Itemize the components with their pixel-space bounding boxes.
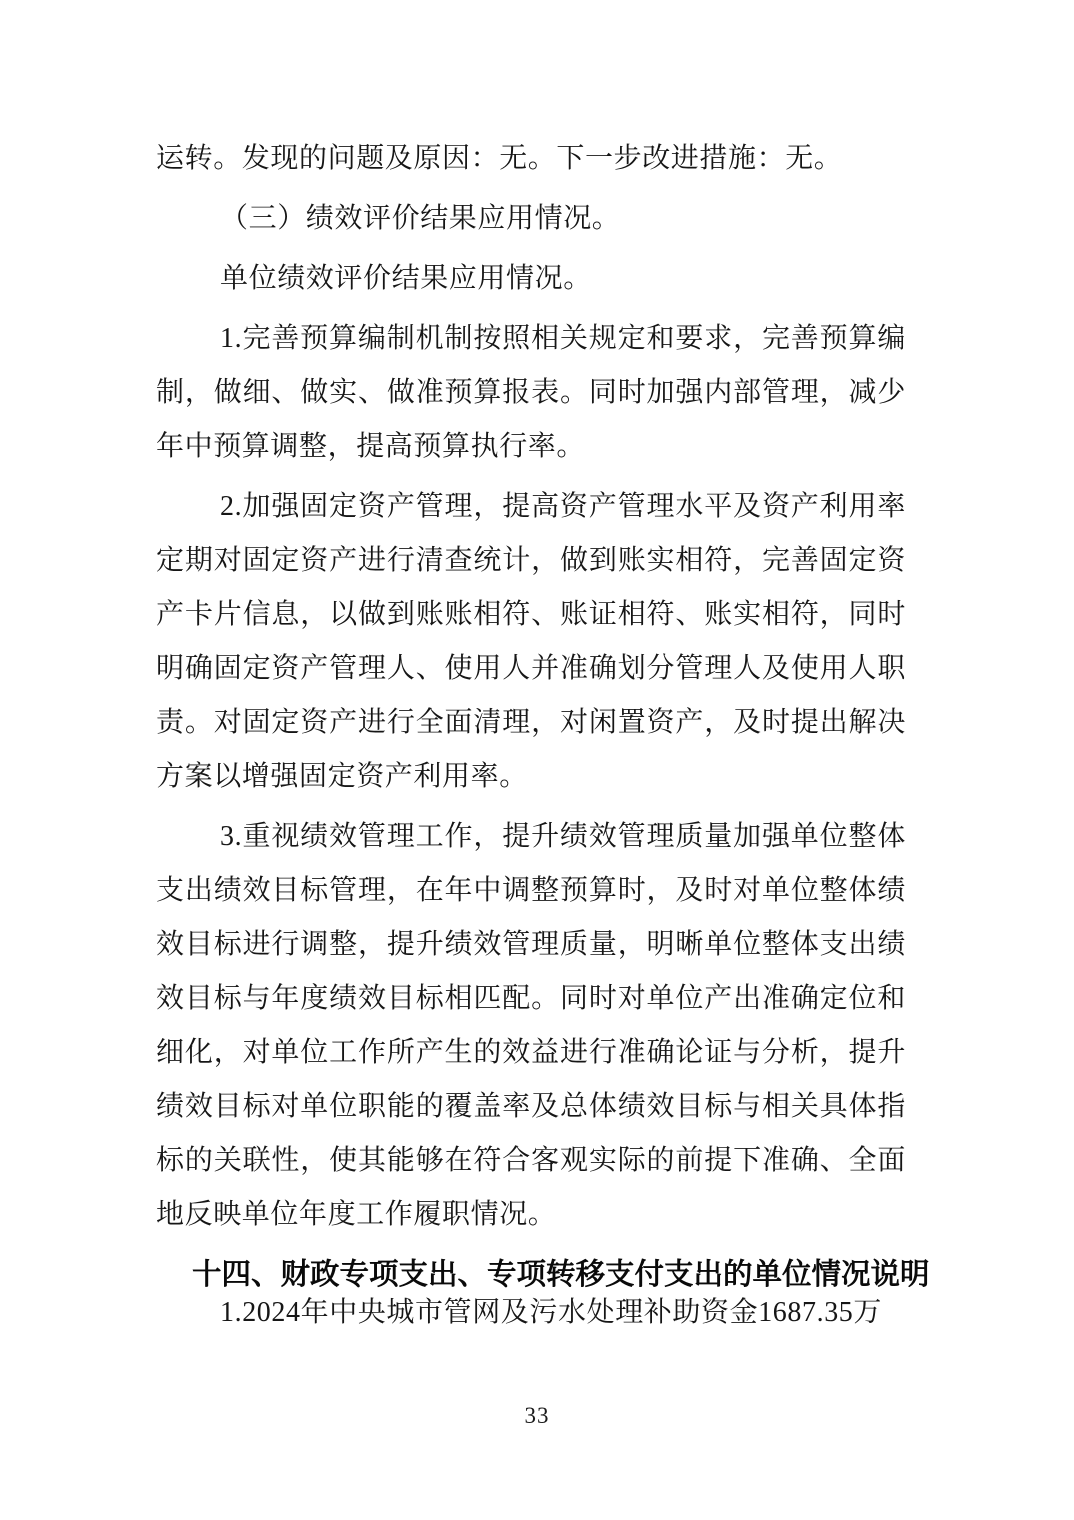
paragraph-item-last: 1.2024年中央城市管网及污水处理补助资金1687.35万 <box>156 1286 906 1340</box>
paragraph-subsection-title: （三）绩效评价结果应用情况。 <box>156 192 906 246</box>
paragraph: 单位绩效评价结果应用情况。 <box>156 252 906 306</box>
paragraph-item-3: 3.重视绩效管理工作，提升绩效管理质量加强单位整体支出绩效目标管理，在年中调整预… <box>156 810 906 1242</box>
page-number: 33 <box>0 1402 1074 1430</box>
paragraph-continuation: 运转。发现的问题及原因：无。下一步改进措施：无。 <box>156 132 906 186</box>
document-page: 运转。发现的问题及原因：无。下一步改进措施：无。 （三）绩效评价结果应用情况。 … <box>0 0 1074 1520</box>
paragraph-item-1: 1.完善预算编制机制按照相关规定和要求，完善预算编制，做细、做实、做准预算报表。… <box>156 312 906 474</box>
page-text-block: 运转。发现的问题及原因：无。下一步改进措施：无。 （三）绩效评价结果应用情况。 … <box>156 0 906 1346</box>
paragraph-item-2: 2.加强固定资产管理，提高资产管理水平及资产利用率定期对固定资产进行清查统计，做… <box>156 480 906 804</box>
